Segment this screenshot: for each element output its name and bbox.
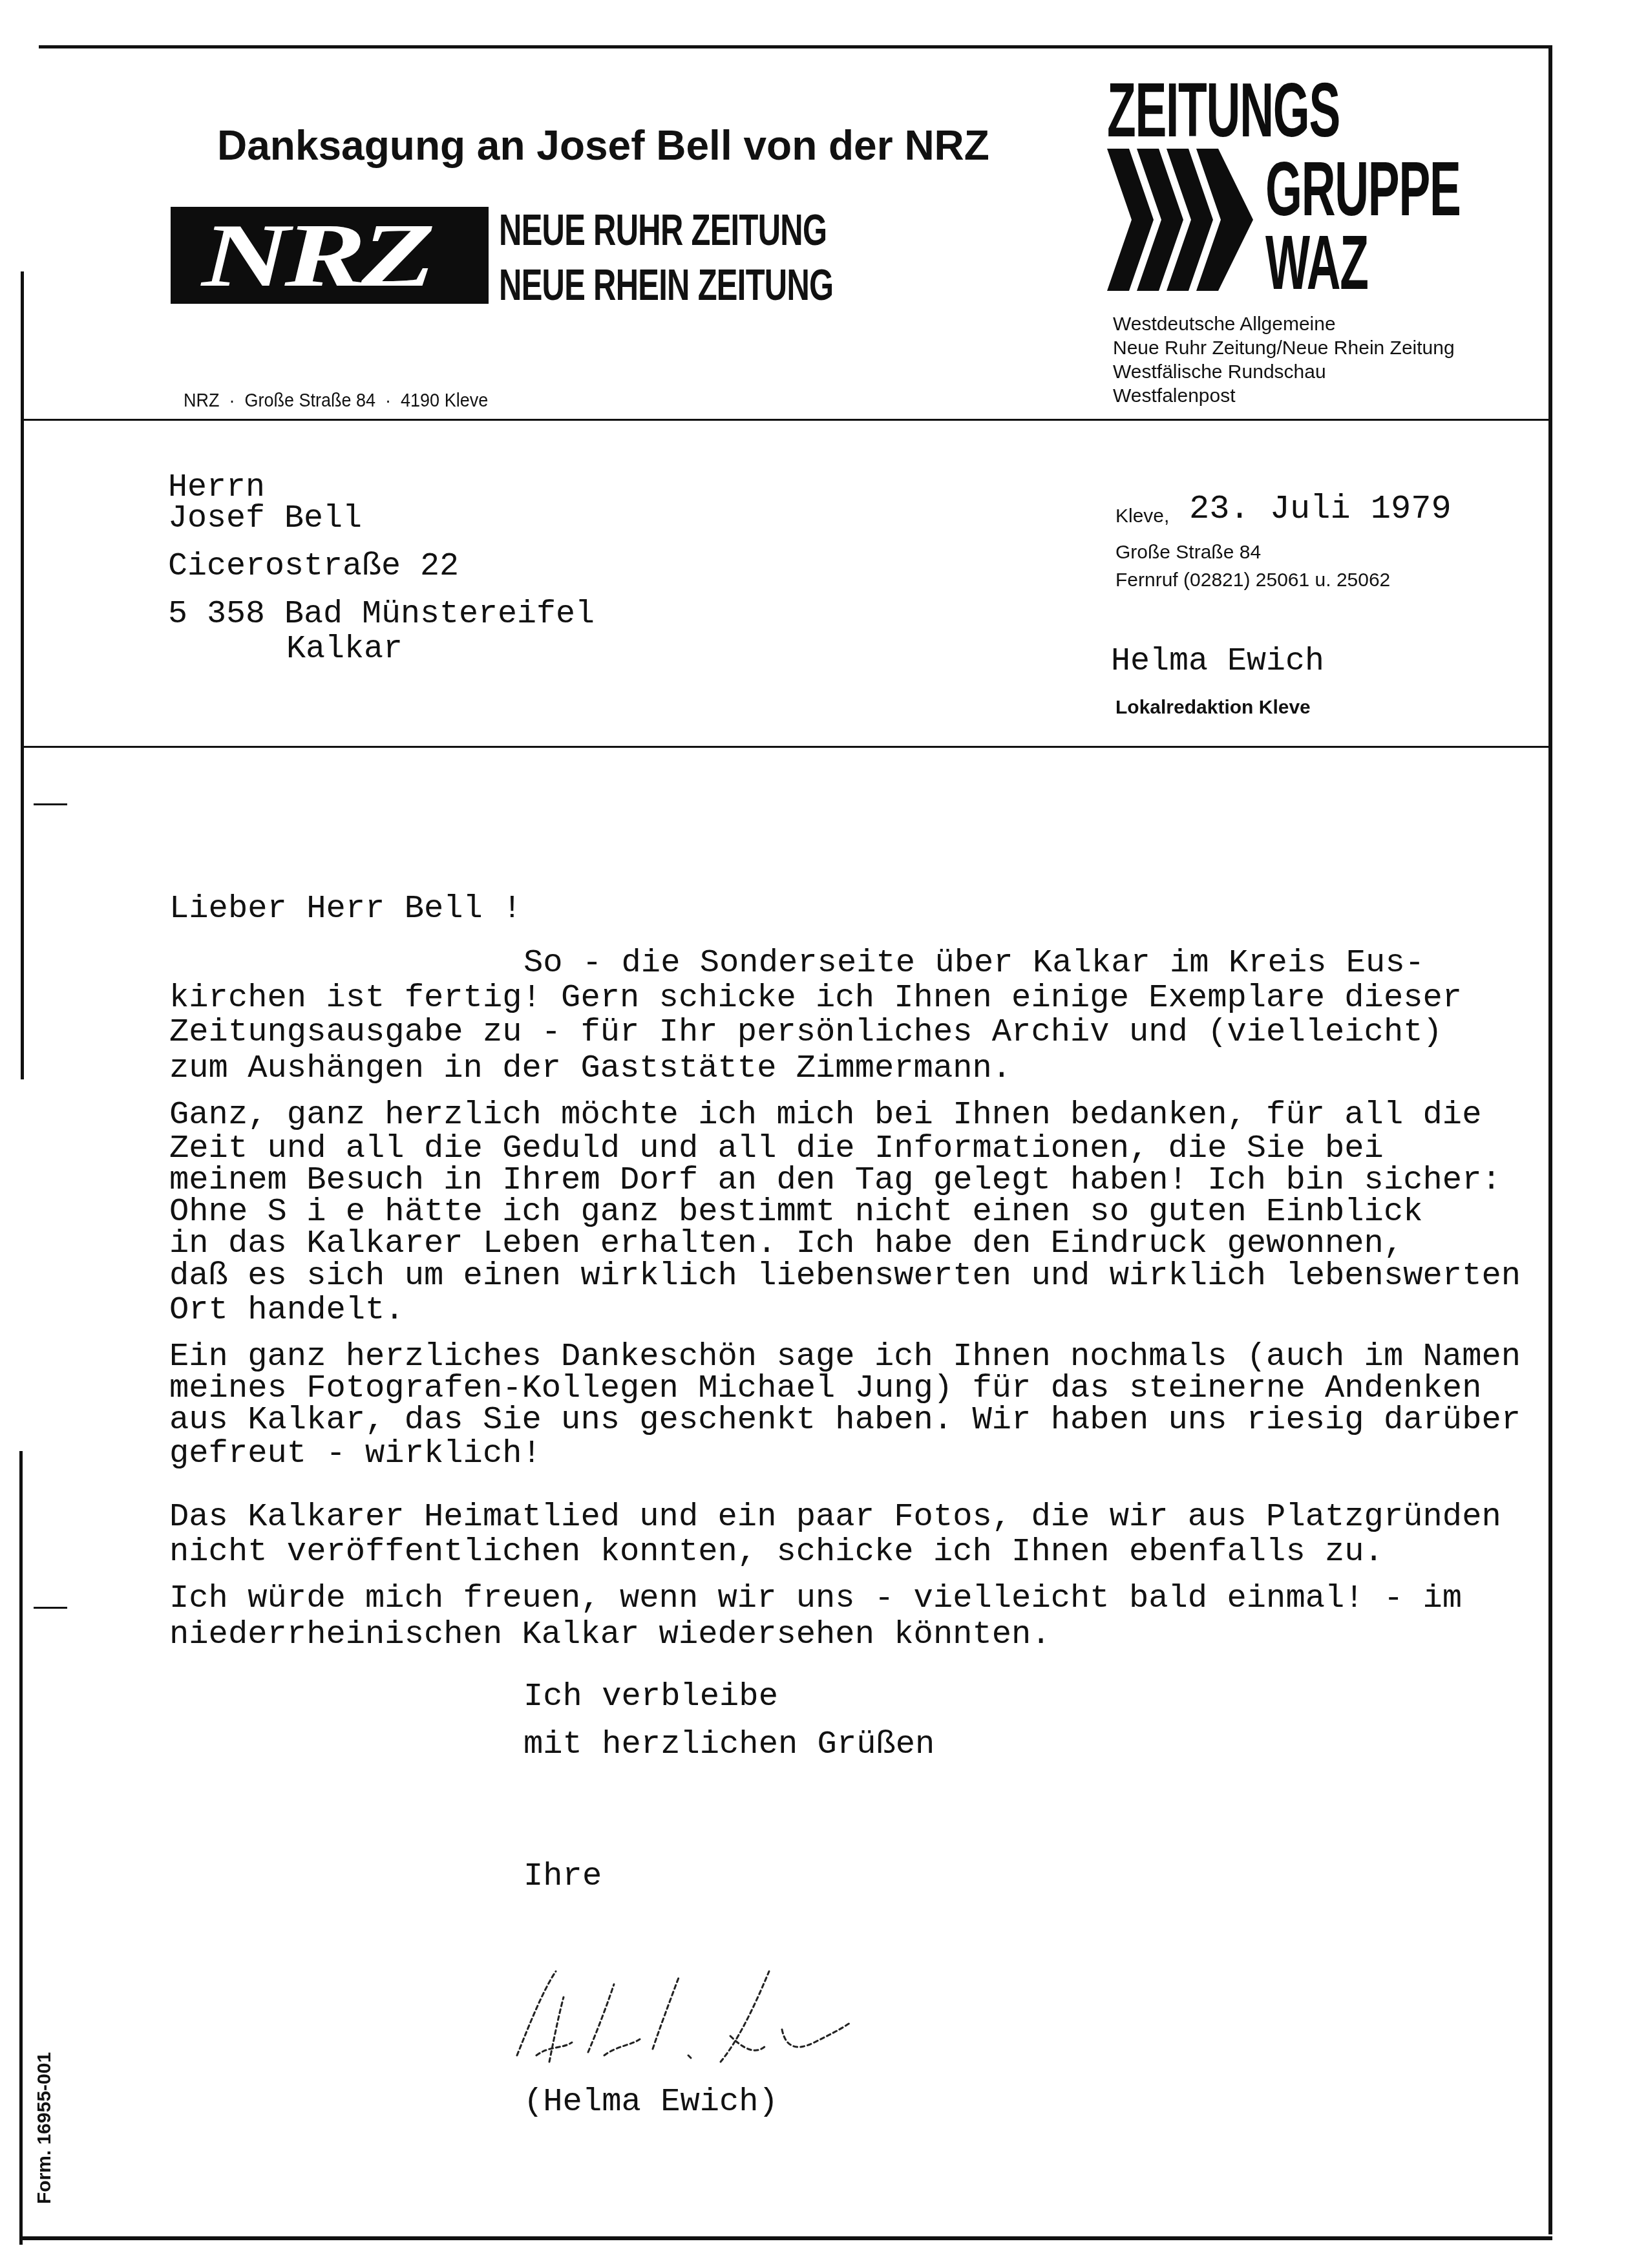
recipient-city: 5 358 Bad Münstereifel (168, 599, 595, 631)
group-paper-4: Westfalenpost (1113, 384, 1236, 408)
nrz-logo-text: NRZ (202, 211, 430, 301)
fold-mark-top (34, 803, 67, 805)
frame-bottom-border (21, 2236, 1552, 2240)
body-line: Ein ganz herzliches Dankeschön sage ich … (169, 1341, 1521, 1373)
waz-logo-word-3: WAZ (1265, 225, 1368, 301)
body-line: Ort handelt. (169, 1295, 405, 1327)
editor-department: Lokalredaktion Kleve (1115, 697, 1311, 719)
body-line: Ohne S i e hätte ich ganz bestimmt nicht… (169, 1196, 1423, 1229)
body-line: gefreut - wirklich! (169, 1438, 542, 1470)
signature-icon (491, 1933, 892, 2075)
body-line: Das Kalkarer Heimatlied und ein paar Fot… (169, 1501, 1501, 1534)
body-line: meines Fotografen-Kollegen Michael Jung)… (169, 1373, 1481, 1405)
body-line: zum Aushängen in der Gaststätte Zimmerma… (169, 1053, 1011, 1085)
letter-date: 23. Juli 1979 (1189, 490, 1452, 528)
body-line: kirchen ist fertig! Gern schicke ich Ihn… (169, 982, 1462, 1015)
waz-logo-word-1: ZEITUNGS (1107, 72, 1340, 149)
office-street: Große Straße 84 (1115, 542, 1261, 564)
body-line: Ganz, ganz herzlich möchte ich mich bei … (169, 1099, 1481, 1132)
body-line: daß es sich um einen wirklich liebenswer… (169, 1260, 1521, 1293)
body-line: Zeit und all die Geduld und all die Info… (169, 1133, 1384, 1165)
office-phone: Fernruf (02821) 25061 u. 25062 (1115, 569, 1390, 591)
nrz-name-ruhr: NEUE RUHR ZEITUNG (499, 207, 827, 253)
frame-right-border (1548, 47, 1552, 2234)
body-line: in das Kalkarer Leben erhalten. Ich habe… (169, 1228, 1403, 1260)
chevrons-icon (1107, 149, 1262, 291)
recipient-street: Cicerostraße 22 (168, 551, 459, 583)
address-divider (22, 746, 1551, 748)
nrz-name-rhein: NEUE RHEIN ZEITUNG (499, 262, 833, 308)
body-line: niederrheinischen Kalkar wiedersehen kön… (169, 1619, 1051, 1651)
recipient-locality: Kalkar (286, 633, 403, 666)
group-paper-2: Neue Ruhr Zeitung/Neue Rhein Zeitung (1113, 336, 1455, 360)
letterhead-divider (22, 419, 1551, 421)
document-title: Danksagung an Josef Bell von der NRZ (217, 122, 989, 169)
waz-group-logo: ZEITUNGS GRUPPE WAZ (1107, 72, 1508, 299)
waz-logo-word-2: GRUPPE (1265, 151, 1461, 228)
editor-name: Helma Ewich (1111, 643, 1324, 680)
frame-left-border-lower (19, 1451, 23, 2245)
body-line: nicht veröffentlichen konnten, schicke i… (169, 1536, 1384, 1569)
sender-return-address: NRZ · Große Straße 84 · 4190 Kleve (184, 390, 488, 412)
recipient-salutation: Herrn (168, 472, 265, 504)
form-number: Form. 16955-001 (34, 2052, 56, 2204)
body-line: aus Kalkar, das Sie uns geschenkt haben.… (169, 1404, 1521, 1437)
recipient-name: Josef Bell (168, 503, 362, 535)
body-line: Ich würde mich freuen, wenn wir uns - vi… (169, 1583, 1462, 1615)
closing-sign-off: Ihre (523, 1861, 602, 1893)
body-line: meinem Besuch in Ihrem Dorf an den Tag g… (169, 1165, 1501, 1197)
body-line: Zeitungsausgabe zu - für Ihr persönliche… (169, 1017, 1442, 1049)
greeting: Lieber Herr Bell ! (169, 893, 522, 926)
frame-left-border (21, 271, 24, 1079)
typed-signature-name: (Helma Ewich) (523, 2086, 778, 2119)
nrz-logo: NRZ (171, 207, 489, 304)
body-line: So - die Sonderseite über Kalkar im Krei… (523, 948, 1424, 980)
date-place: Kleve, (1115, 505, 1169, 527)
fold-mark-bottom (34, 1607, 67, 1609)
group-paper-1: Westdeutsche Allgemeine (1113, 312, 1336, 336)
frame-top-border (39, 45, 1552, 48)
group-paper-3: Westfälische Rundschau (1113, 360, 1326, 384)
closing-line-2: mit herzlichen Grüßen (523, 1729, 935, 1761)
closing-line-1: Ich verbleibe (523, 1681, 778, 1713)
